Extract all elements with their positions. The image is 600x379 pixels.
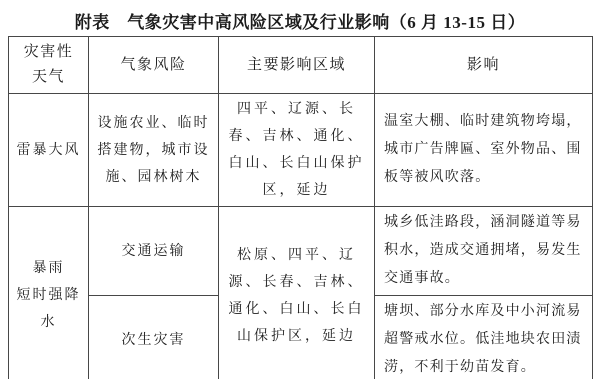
header-cell-impact: 影响 <box>375 37 593 94</box>
cell-risk-transportation: 交通运输 <box>89 207 219 296</box>
table-row-thunderstorm-gale: 雷暴大风 设施农业、临时 搭建物，城市设 施、园林树木 四平、辽源、长 春、吉林… <box>9 94 593 207</box>
cell-risk-facility-agriculture: 设施农业、临时 搭建物，城市设 施、园林树木 <box>89 94 219 207</box>
page-title: 附表 气象灾害中高风险区域及行业影响（6 月 13-15 日） <box>0 8 600 33</box>
header-cell-disaster-weather: 灾害性 天气 <box>9 37 89 94</box>
cell-weather-thunderstorm-gale: 雷暴大风 <box>9 94 89 207</box>
cell-regions-row2-3: 松原、四平、辽 源、长春、吉林、 通化、白山、长白 山保护区，延边 <box>219 207 375 379</box>
header-cell-weather-risk: 气象风险 <box>89 37 219 94</box>
cell-impact-row3: 塘坝、部分水库及中小河流易 超警戒水位。低洼地块农田渍 涝，不利于幼苗发育。 <box>375 296 593 379</box>
table-header-row: 灾害性 天气 气象风险 主要影响区域 影响 <box>9 37 593 94</box>
table-row-rainstorm-transport: 暴雨 短时强降 水 交通运输 松原、四平、辽 源、长春、吉林、 通化、白山、长白… <box>9 207 593 296</box>
cell-weather-rainstorm: 暴雨 短时强降 水 <box>9 207 89 379</box>
cell-impact-row1: 温室大棚、临时建筑物垮塌， 城市广告牌匾、室外物品、围 板等被风吹落。 <box>375 94 593 207</box>
cell-risk-secondary-disaster: 次生灾害 <box>89 296 219 379</box>
disaster-risk-table: 灾害性 天气 气象风险 主要影响区域 影响 雷暴大风 设施农业、临时 搭建物，城… <box>8 36 593 379</box>
header-cell-affected-regions: 主要影响区域 <box>219 37 375 94</box>
cell-regions-row1: 四平、辽源、长 春、吉林、通化、 白山、长白山保护 区，延边 <box>219 94 375 207</box>
cell-impact-row2: 城乡低洼路段，涵洞隧道等易 积水，造成交通拥堵，易发生 交通事故。 <box>375 207 593 296</box>
